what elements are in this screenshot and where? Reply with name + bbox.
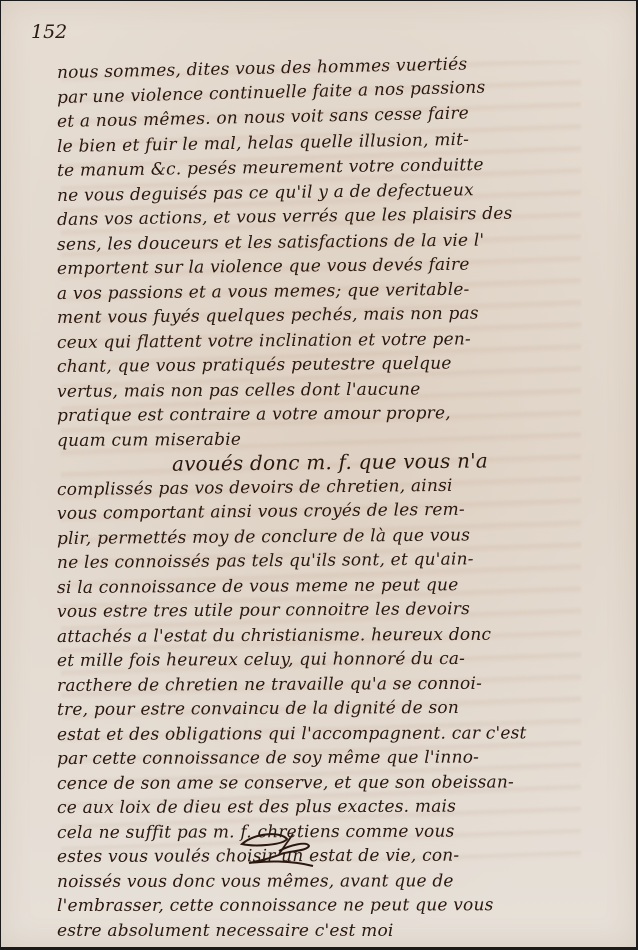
manuscript-page: 152 nous sommes, dites vous des hommes v… <box>1 1 636 947</box>
text-line: attachés a l'estat du christianisme. heu… <box>57 622 597 649</box>
text-line: ce aux loix de dieu est des plus exactes… <box>57 794 597 820</box>
text-line: estat et des obligations qui l'accompagn… <box>57 721 597 747</box>
text-line: chant, que vous pratiqués peutestre quel… <box>57 350 597 379</box>
text-line: racthere de chretien ne travaille qu'a s… <box>57 671 597 698</box>
text-line: l'embrasser, cette connoissance ne peut … <box>57 893 597 918</box>
text-line: si la connoissance de vous meme ne peut … <box>57 572 597 600</box>
paraph-flourish-icon <box>235 829 325 874</box>
text-line: vous estre tres utile pour connoitre les… <box>57 596 597 624</box>
text-line: noissés vous donc vous mêmes, avant que … <box>57 869 597 894</box>
text-line: ment vous fuyés quelques pechés, mais no… <box>57 300 597 330</box>
text-line: tre, pour estre convaincu de la dignité … <box>57 695 597 722</box>
folio-number: 152 <box>31 21 67 43</box>
manuscript-text: nous sommes, dites vous des hommes vuert… <box>57 61 597 943</box>
text-line: vertus, mais non pas celles dont l'aucun… <box>57 376 597 404</box>
text-line: cence de son ame se conserve, et que son… <box>57 770 597 796</box>
text-line: par cette connoissance de soy même que l… <box>57 745 597 771</box>
text-line: estes vous voulés choisir un estat de vi… <box>57 843 597 869</box>
text-line: ne les connoissés pas tels qu'ils sont, … <box>57 546 597 575</box>
text-line: estre absolument necessaire c'est moi <box>57 919 597 944</box>
text-line: cela ne suffit pas m. f. chretiens comme… <box>57 819 597 845</box>
text-line: pratique est contraire a votre amour pro… <box>57 400 597 428</box>
text-line: vous comportant ainsi vous croyés de les… <box>57 496 597 526</box>
text-line: et mille fois heureux celuy, qui honnoré… <box>57 646 597 673</box>
